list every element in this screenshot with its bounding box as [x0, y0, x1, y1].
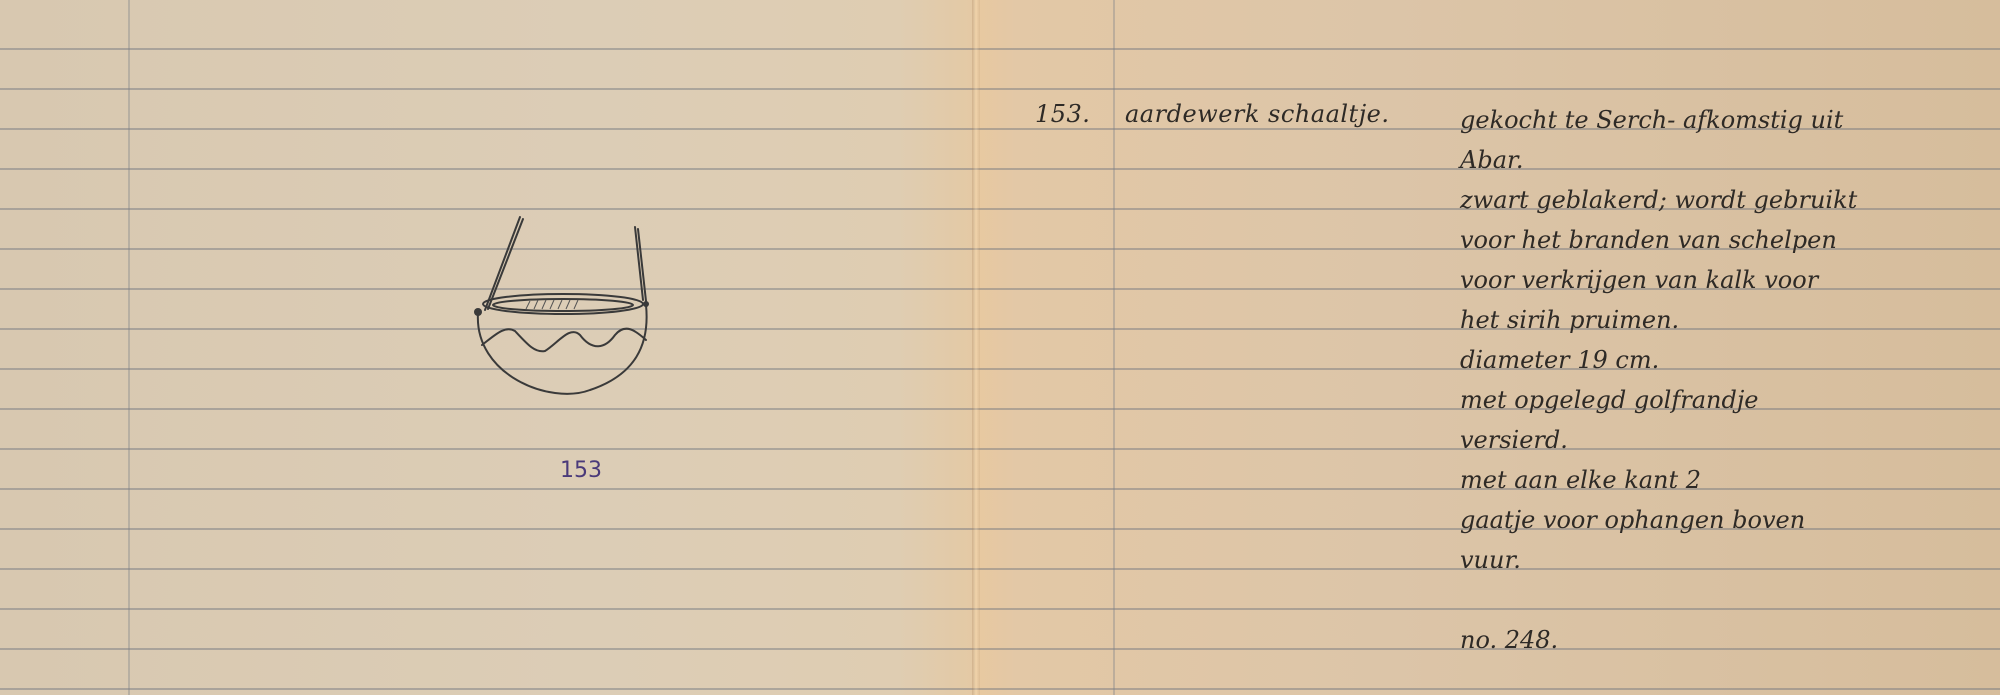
- note-line: gekocht te Serch- afkomstig uit: [1460, 100, 1857, 140]
- book-gutter: [972, 0, 980, 695]
- note-line: diameter 19 cm.: [1460, 340, 1857, 380]
- note-line: met aan elke kant 2: [1460, 460, 1857, 500]
- note-line: zwart geblakerd; wordt gebruikt: [1460, 180, 1857, 220]
- note-line: vuur.: [1460, 540, 1857, 580]
- sketch-label: 153: [560, 458, 602, 483]
- note-line: gaatje voor ophangen boven: [1460, 500, 1857, 540]
- note-line: met opgelegd golfrandje: [1460, 380, 1857, 420]
- entry-number: 153.: [1035, 100, 1090, 128]
- entry-title: aardewerk schaaltje.: [1125, 100, 1389, 128]
- note-line: voor het branden van schelpen: [1460, 220, 1857, 260]
- note-line: versierd.: [1460, 420, 1857, 460]
- blank-line: [1460, 580, 1857, 620]
- margin-line: [128, 0, 130, 695]
- left-page: 153: [0, 0, 975, 695]
- note-line: Abar.: [1460, 140, 1857, 180]
- notebook-spread: 153 153. aardewerk schaaltje. gekocht te…: [0, 0, 2000, 695]
- note-line: voor verkrijgen van kalk voor: [1460, 260, 1857, 300]
- right-page: 153. aardewerk schaaltje. gekocht te Ser…: [975, 0, 2000, 695]
- entry-notes: gekocht te Serch- afkomstig uit Abar. zw…: [1460, 100, 1857, 660]
- margin-line: [1113, 0, 1115, 695]
- reference-number: no. 248.: [1460, 620, 1857, 660]
- bowl-with-handles-sketch-icon: [460, 205, 660, 405]
- note-line: het sirih pruimen.: [1460, 300, 1857, 340]
